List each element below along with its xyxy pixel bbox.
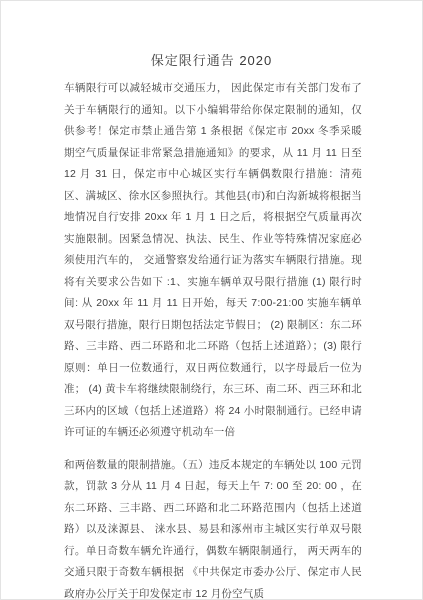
document-page: 保定限行通告 2020 车辆限行可以减轻城市交通压力， 因此保定市有关部门发布了…: [0, 0, 423, 600]
paragraph-2: 和两倍数量的限制措施。（五）违反本规定的车辆处以 100 元罚款，罚款 3 分从…: [64, 455, 362, 600]
document-body: 车辆限行可以减轻城市交通压力， 因此保定市有关部门发布了关于车辆限行的通知。以下…: [1, 69, 422, 600]
paragraph-1: 车辆限行可以减轻城市交通压力， 因此保定市有关部门发布了关于车辆限行的通知。以下…: [64, 78, 362, 444]
document-title: 保定限行通告 2020: [1, 53, 422, 69]
